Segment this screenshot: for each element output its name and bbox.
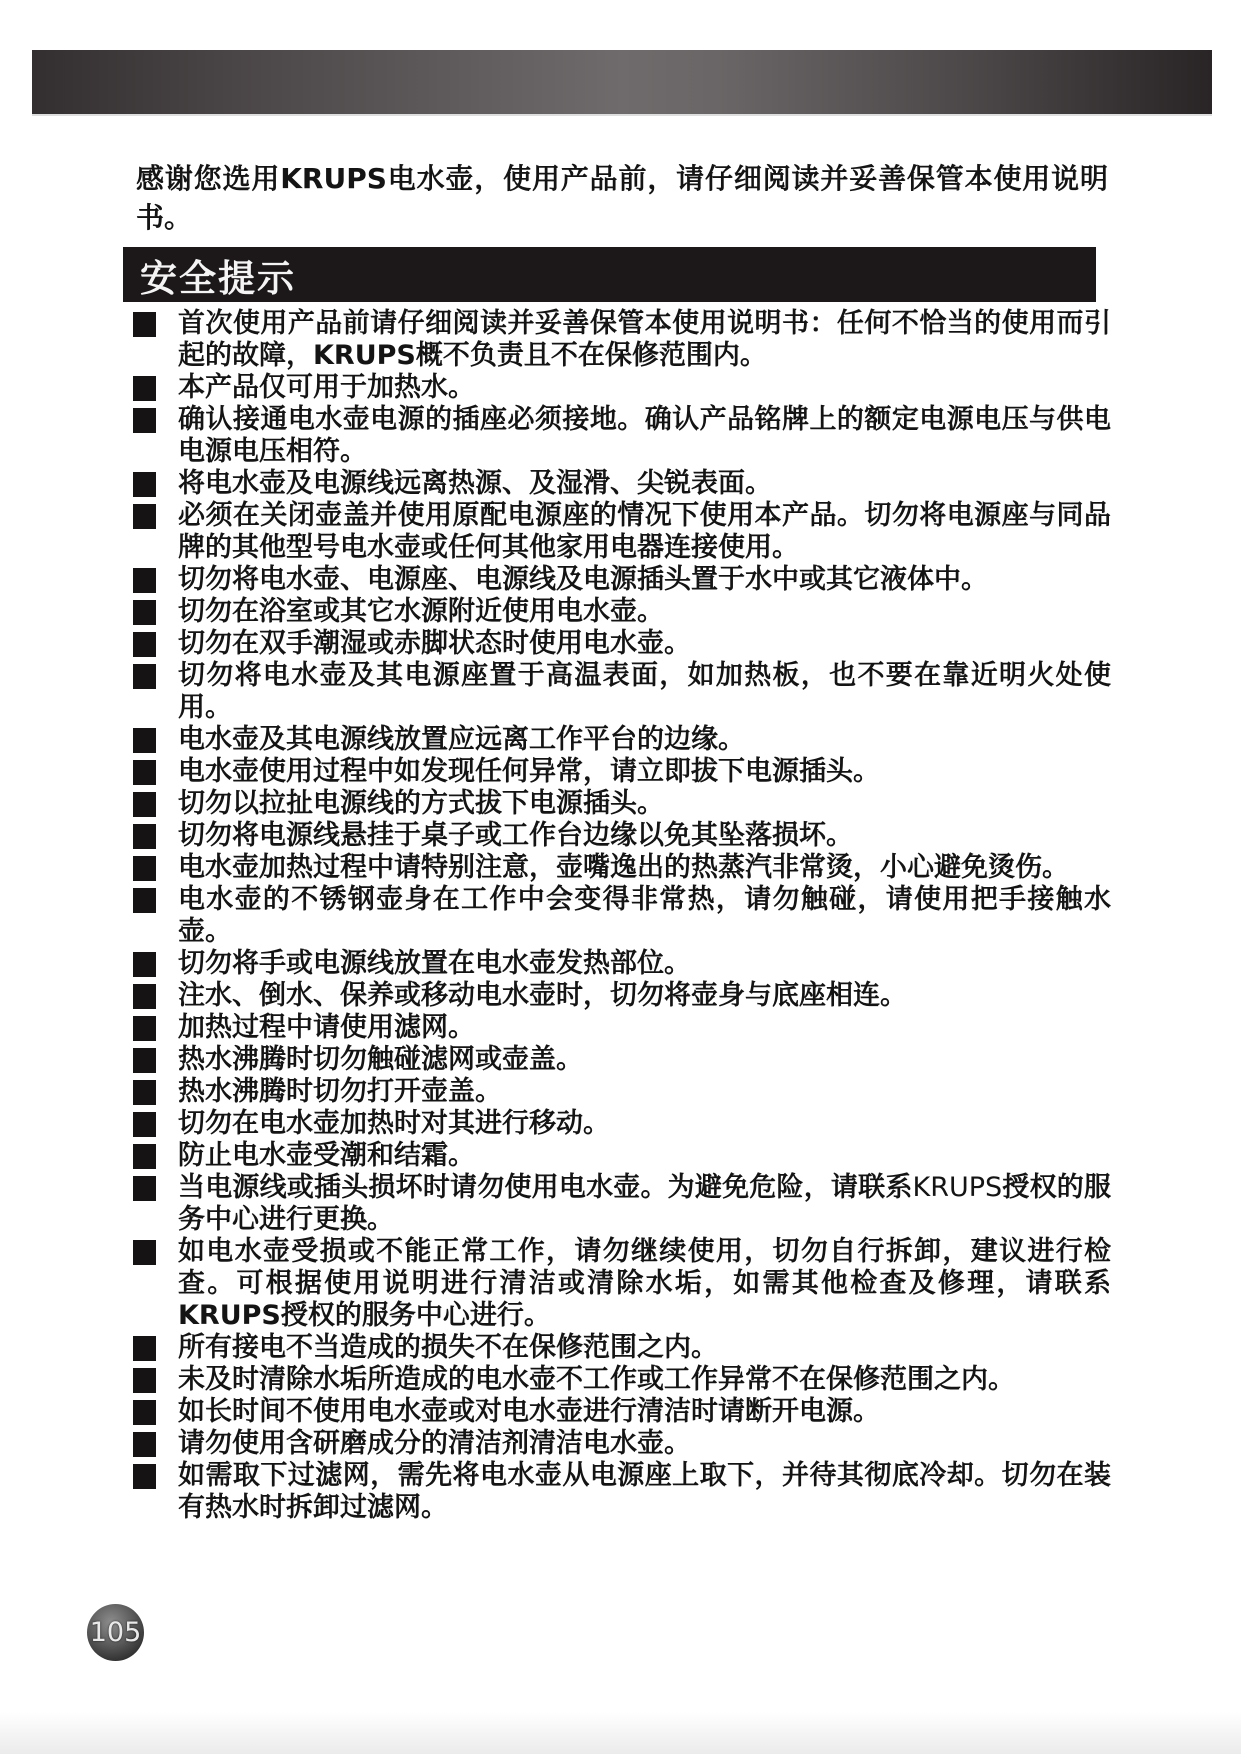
safety-item-text: 切勿将手或电源线放置在电水壶发热部位。	[178, 948, 691, 979]
safety-item-text: 如需取下过滤网，需先将电水壶从电源座上取下，并待其彻底冷却。切勿在装有热水时拆卸…	[178, 1460, 1111, 1523]
bullet-square-icon	[133, 824, 156, 849]
safety-item-text: 电水壶的不锈钢壶身在工作中会变得非常热，请勿触碰，请使用把手接触水壶。	[178, 884, 1111, 947]
bullet-square-icon	[133, 952, 156, 977]
text-segment: 本产品仅可用于加热水。	[178, 372, 475, 403]
safety-item: 如电水壶受损或不能正常工作，请勿继续使用，切勿自行拆卸，建议进行检查。可根据使用…	[133, 1236, 1111, 1332]
safety-item-text: 切勿在双手潮湿或赤脚状态时使用电水壶。	[178, 628, 691, 659]
bullet-square-icon	[133, 1048, 156, 1073]
section-title: 安全提示	[140, 248, 296, 302]
safety-item-text: 切勿将电水壶及其电源座置于高温表面，如加热板，也不要在靠近明火处使用。	[178, 660, 1111, 723]
text-segment: 授权的服务中心进行。	[281, 1300, 551, 1331]
safety-item: 热水沸腾时切勿打开壶盖。	[133, 1076, 1111, 1108]
text-segment: 当电源线或插头损坏时请勿使用电水壶。为避免危险，请联系	[178, 1172, 913, 1203]
safety-item: 切勿在浴室或其它水源附近使用电水壶。	[133, 596, 1111, 628]
safety-item: 防止电水壶受潮和结霜。	[133, 1140, 1111, 1172]
text-segment: 电水壶加热过程中请特别注意，壶嘴逸出的热蒸汽非常烫，小心避免烫伤。	[178, 852, 1069, 883]
safety-item: 本产品仅可用于加热水。	[133, 372, 1111, 404]
safety-item-text: 切勿以拉扯电源线的方式拔下电源插头。	[178, 788, 664, 819]
safety-item-text: 切勿在电水壶加热时对其进行移动。	[178, 1108, 610, 1139]
safety-item-text: 未及时清除水垢所造成的电水壶不工作或工作异常不在保修范围之内。	[178, 1364, 1015, 1395]
brand-name: KRUPS	[178, 1300, 281, 1331]
brand-name: KRUPS	[313, 340, 416, 371]
text-segment: 切勿以拉扯电源线的方式拔下电源插头。	[178, 788, 664, 819]
brand-name: KRUPS	[913, 1172, 1003, 1203]
safety-item-text: 注水、倒水、保养或移动电水壶时，切勿将壶身与底座相连。	[178, 980, 907, 1011]
text-segment: 防止电水壶受潮和结霜。	[178, 1140, 475, 1171]
bullet-square-icon	[133, 504, 156, 529]
safety-item-text: 如电水壶受损或不能正常工作，请勿继续使用，切勿自行拆卸，建议进行检查。可根据使用…	[178, 1236, 1111, 1331]
safety-item: 切勿在电水壶加热时对其进行移动。	[133, 1108, 1111, 1140]
safety-item: 电水壶使用过程中如发现任何异常，请立即拔下电源插头。	[133, 756, 1111, 788]
safety-item: 切勿将电源线悬挂于桌子或工作台边缘以免其坠落损坏。	[133, 820, 1111, 852]
text-segment: 感谢您选用	[136, 162, 280, 195]
page-bottom-shading	[0, 1712, 1241, 1754]
bullet-square-icon	[133, 1112, 156, 1137]
safety-item-text: 电水壶使用过程中如发现任何异常，请立即拔下电源插头。	[178, 756, 880, 787]
safety-item: 所有接电不当造成的损失不在保修范围之内。	[133, 1332, 1111, 1364]
safety-item-text: 热水沸腾时切勿打开壶盖。	[178, 1076, 502, 1107]
bullet-square-icon	[133, 312, 156, 337]
safety-item-text: 所有接电不当造成的损失不在保修范围之内。	[178, 1332, 718, 1363]
text-segment: 将电水壶及电源线远离热源、及湿滑、尖锐表面。	[178, 468, 772, 499]
section-header: 安全提示	[123, 247, 1096, 302]
text-segment: 切勿将电源线悬挂于桌子或工作台边缘以免其坠落损坏。	[178, 820, 853, 851]
safety-item-text: 当电源线或插头损坏时请勿使用电水壶。为避免危险，请联系KRUPS授权的服务中心进…	[178, 1172, 1111, 1235]
text-segment: 必须在关闭壶盖并使用原配电源座的情况下使用本产品。切勿将电源座与同品牌的其他型号…	[178, 500, 1111, 563]
text-segment: 未及时清除水垢所造成的电水壶不工作或工作异常不在保修范围之内。	[178, 1364, 1015, 1395]
bullet-square-icon	[133, 568, 156, 593]
safety-item: 注水、倒水、保养或移动电水壶时，切勿将壶身与底座相连。	[133, 980, 1111, 1012]
safety-item: 当电源线或插头损坏时请勿使用电水壶。为避免危险，请联系KRUPS授权的服务中心进…	[133, 1172, 1111, 1236]
safety-item-text: 切勿将电源线悬挂于桌子或工作台边缘以免其坠落损坏。	[178, 820, 853, 851]
text-segment: 所有接电不当造成的损失不在保修范围之内。	[178, 1332, 718, 1363]
safety-item: 首次使用产品前请仔细阅读并妥善保管本使用说明书：任何不恰当的使用而引起的故障，K…	[133, 308, 1111, 372]
bullet-square-icon	[133, 1368, 156, 1393]
intro-paragraph: 感谢您选用KRUPS电水壶，使用产品前，请仔细阅读并妥善保管本使用说明书。	[136, 159, 1108, 237]
text-segment: 电水壶的不锈钢壶身在工作中会变得非常热，请勿触碰，请使用把手接触水壶。	[178, 884, 1111, 947]
text-segment: 热水沸腾时切勿打开壶盖。	[178, 1076, 502, 1107]
bullet-square-icon	[133, 792, 156, 817]
bullet-square-icon	[133, 376, 156, 401]
safety-item-text: 首次使用产品前请仔细阅读并妥善保管本使用说明书：任何不恰当的使用而引起的故障，K…	[178, 308, 1111, 371]
bullet-square-icon	[133, 1432, 156, 1457]
text-segment: 确认接通电水壶电源的插座必须接地。确认产品铭牌上的额定电源电压与供电电源电压相符…	[178, 404, 1111, 467]
safety-item-text: 将电水壶及电源线远离热源、及湿滑、尖锐表面。	[178, 468, 772, 499]
text-segment: 请勿使用含研磨成分的清洁剂清洁电水壶。	[178, 1428, 691, 1459]
safety-item: 切勿将电水壶、电源座、电源线及电源插头置于水中或其它液体中。	[133, 564, 1111, 596]
safety-item-text: 电水壶加热过程中请特别注意，壶嘴逸出的热蒸汽非常烫，小心避免烫伤。	[178, 852, 1069, 883]
safety-item: 切勿将手或电源线放置在电水壶发热部位。	[133, 948, 1111, 980]
safety-item-text: 电水壶及其电源线放置应远离工作平台的边缘。	[178, 724, 745, 755]
text-segment: 切勿将电水壶、电源座、电源线及电源插头置于水中或其它液体中。	[178, 564, 988, 595]
safety-item: 切勿以拉扯电源线的方式拔下电源插头。	[133, 788, 1111, 820]
bullet-square-icon	[133, 1016, 156, 1041]
safety-item: 热水沸腾时切勿触碰滤网或壶盖。	[133, 1044, 1111, 1076]
bullet-square-icon	[133, 632, 156, 657]
bullet-square-icon	[133, 1336, 156, 1361]
safety-item: 加热过程中请使用滤网。	[133, 1012, 1111, 1044]
bullet-square-icon	[133, 1240, 156, 1265]
safety-item-text: 请勿使用含研磨成分的清洁剂清洁电水壶。	[178, 1428, 691, 1459]
bullet-square-icon	[133, 664, 156, 689]
text-segment: 如电水壶受损或不能正常工作，请勿继续使用，切勿自行拆卸，建议进行检查。可根据使用…	[178, 1236, 1111, 1299]
safety-item-text: 必须在关闭壶盖并使用原配电源座的情况下使用本产品。切勿将电源座与同品牌的其他型号…	[178, 500, 1111, 563]
bullet-square-icon	[133, 408, 156, 433]
manual-page: 感谢您选用KRUPS电水壶，使用产品前，请仔细阅读并妥善保管本使用说明书。 安全…	[0, 0, 1241, 1754]
safety-item: 未及时清除水垢所造成的电水壶不工作或工作异常不在保修范围之内。	[133, 1364, 1111, 1396]
text-segment: 电水壶使用过程中如发现任何异常，请立即拔下电源插头。	[178, 756, 880, 787]
text-segment: 如长时间不使用电水壶或对电水壶进行清洁时请断开电源。	[178, 1396, 880, 1427]
safety-item: 电水壶的不锈钢壶身在工作中会变得非常热，请勿触碰，请使用把手接触水壶。	[133, 884, 1111, 948]
text-segment: 切勿将手或电源线放置在电水壶发热部位。	[178, 948, 691, 979]
page-number-badge: 105	[87, 1604, 144, 1661]
text-segment: 注水、倒水、保养或移动电水壶时，切勿将壶身与底座相连。	[178, 980, 907, 1011]
safety-item-text: 加热过程中请使用滤网。	[178, 1012, 475, 1043]
bullet-square-icon	[133, 1080, 156, 1105]
safety-item: 切勿在双手潮湿或赤脚状态时使用电水壶。	[133, 628, 1111, 660]
safety-item: 如需取下过滤网，需先将电水壶从电源座上取下，并待其彻底冷却。切勿在装有热水时拆卸…	[133, 1460, 1111, 1524]
text-segment: 切勿在浴室或其它水源附近使用电水壶。	[178, 596, 664, 627]
header-banner	[32, 50, 1212, 114]
safety-item: 切勿将电水壶及其电源座置于高温表面，如加热板，也不要在靠近明火处使用。	[133, 660, 1111, 724]
text-segment: 切勿将电水壶及其电源座置于高温表面，如加热板，也不要在靠近明火处使用。	[178, 660, 1111, 723]
safety-item-text: 如长时间不使用电水壶或对电水壶进行清洁时请断开电源。	[178, 1396, 880, 1427]
safety-item-text: 切勿在浴室或其它水源附近使用电水壶。	[178, 596, 664, 627]
safety-item: 电水壶及其电源线放置应远离工作平台的边缘。	[133, 724, 1111, 756]
bullet-square-icon	[133, 1464, 156, 1489]
brand-name: KRUPS	[280, 162, 387, 195]
bullet-square-icon	[133, 600, 156, 625]
text-segment: 切勿在双手潮湿或赤脚状态时使用电水壶。	[178, 628, 691, 659]
text-segment: 电水壶及其电源线放置应远离工作平台的边缘。	[178, 724, 745, 755]
safety-item-text: 防止电水壶受潮和结霜。	[178, 1140, 475, 1171]
safety-item-text: 热水沸腾时切勿触碰滤网或壶盖。	[178, 1044, 583, 1075]
bullet-square-icon	[133, 760, 156, 785]
text-segment: 概不负责且不在保修范围内。	[416, 340, 767, 371]
bullet-square-icon	[133, 1176, 156, 1201]
safety-item: 电水壶加热过程中请特别注意，壶嘴逸出的热蒸汽非常烫，小心避免烫伤。	[133, 852, 1111, 884]
bullet-square-icon	[133, 472, 156, 497]
text-segment: 热水沸腾时切勿触碰滤网或壶盖。	[178, 1044, 583, 1075]
safety-item-text: 本产品仅可用于加热水。	[178, 372, 475, 403]
text-segment: 切勿在电水壶加热时对其进行移动。	[178, 1108, 610, 1139]
bullet-square-icon	[133, 1144, 156, 1169]
page-number: 105	[90, 1617, 142, 1648]
safety-list: 首次使用产品前请仔细阅读并妥善保管本使用说明书：任何不恰当的使用而引起的故障，K…	[133, 308, 1111, 1524]
safety-item: 确认接通电水壶电源的插座必须接地。确认产品铭牌上的额定电源电压与供电电源电压相符…	[133, 404, 1111, 468]
text-segment: 加热过程中请使用滤网。	[178, 1012, 475, 1043]
bullet-square-icon	[133, 728, 156, 753]
safety-item: 请勿使用含研磨成分的清洁剂清洁电水壶。	[133, 1428, 1111, 1460]
text-segment: 如需取下过滤网，需先将电水壶从电源座上取下，并待其彻底冷却。切勿在装有热水时拆卸…	[178, 1460, 1111, 1523]
safety-item: 如长时间不使用电水壶或对电水壶进行清洁时请断开电源。	[133, 1396, 1111, 1428]
safety-item: 将电水壶及电源线远离热源、及湿滑、尖锐表面。	[133, 468, 1111, 500]
bullet-square-icon	[133, 1400, 156, 1425]
safety-item-text: 确认接通电水壶电源的插座必须接地。确认产品铭牌上的额定电源电压与供电电源电压相符…	[178, 404, 1111, 467]
bullet-square-icon	[133, 984, 156, 1009]
safety-item: 必须在关闭壶盖并使用原配电源座的情况下使用本产品。切勿将电源座与同品牌的其他型号…	[133, 500, 1111, 564]
bullet-square-icon	[133, 888, 156, 913]
bullet-square-icon	[133, 856, 156, 881]
safety-item-text: 切勿将电水壶、电源座、电源线及电源插头置于水中或其它液体中。	[178, 564, 988, 595]
